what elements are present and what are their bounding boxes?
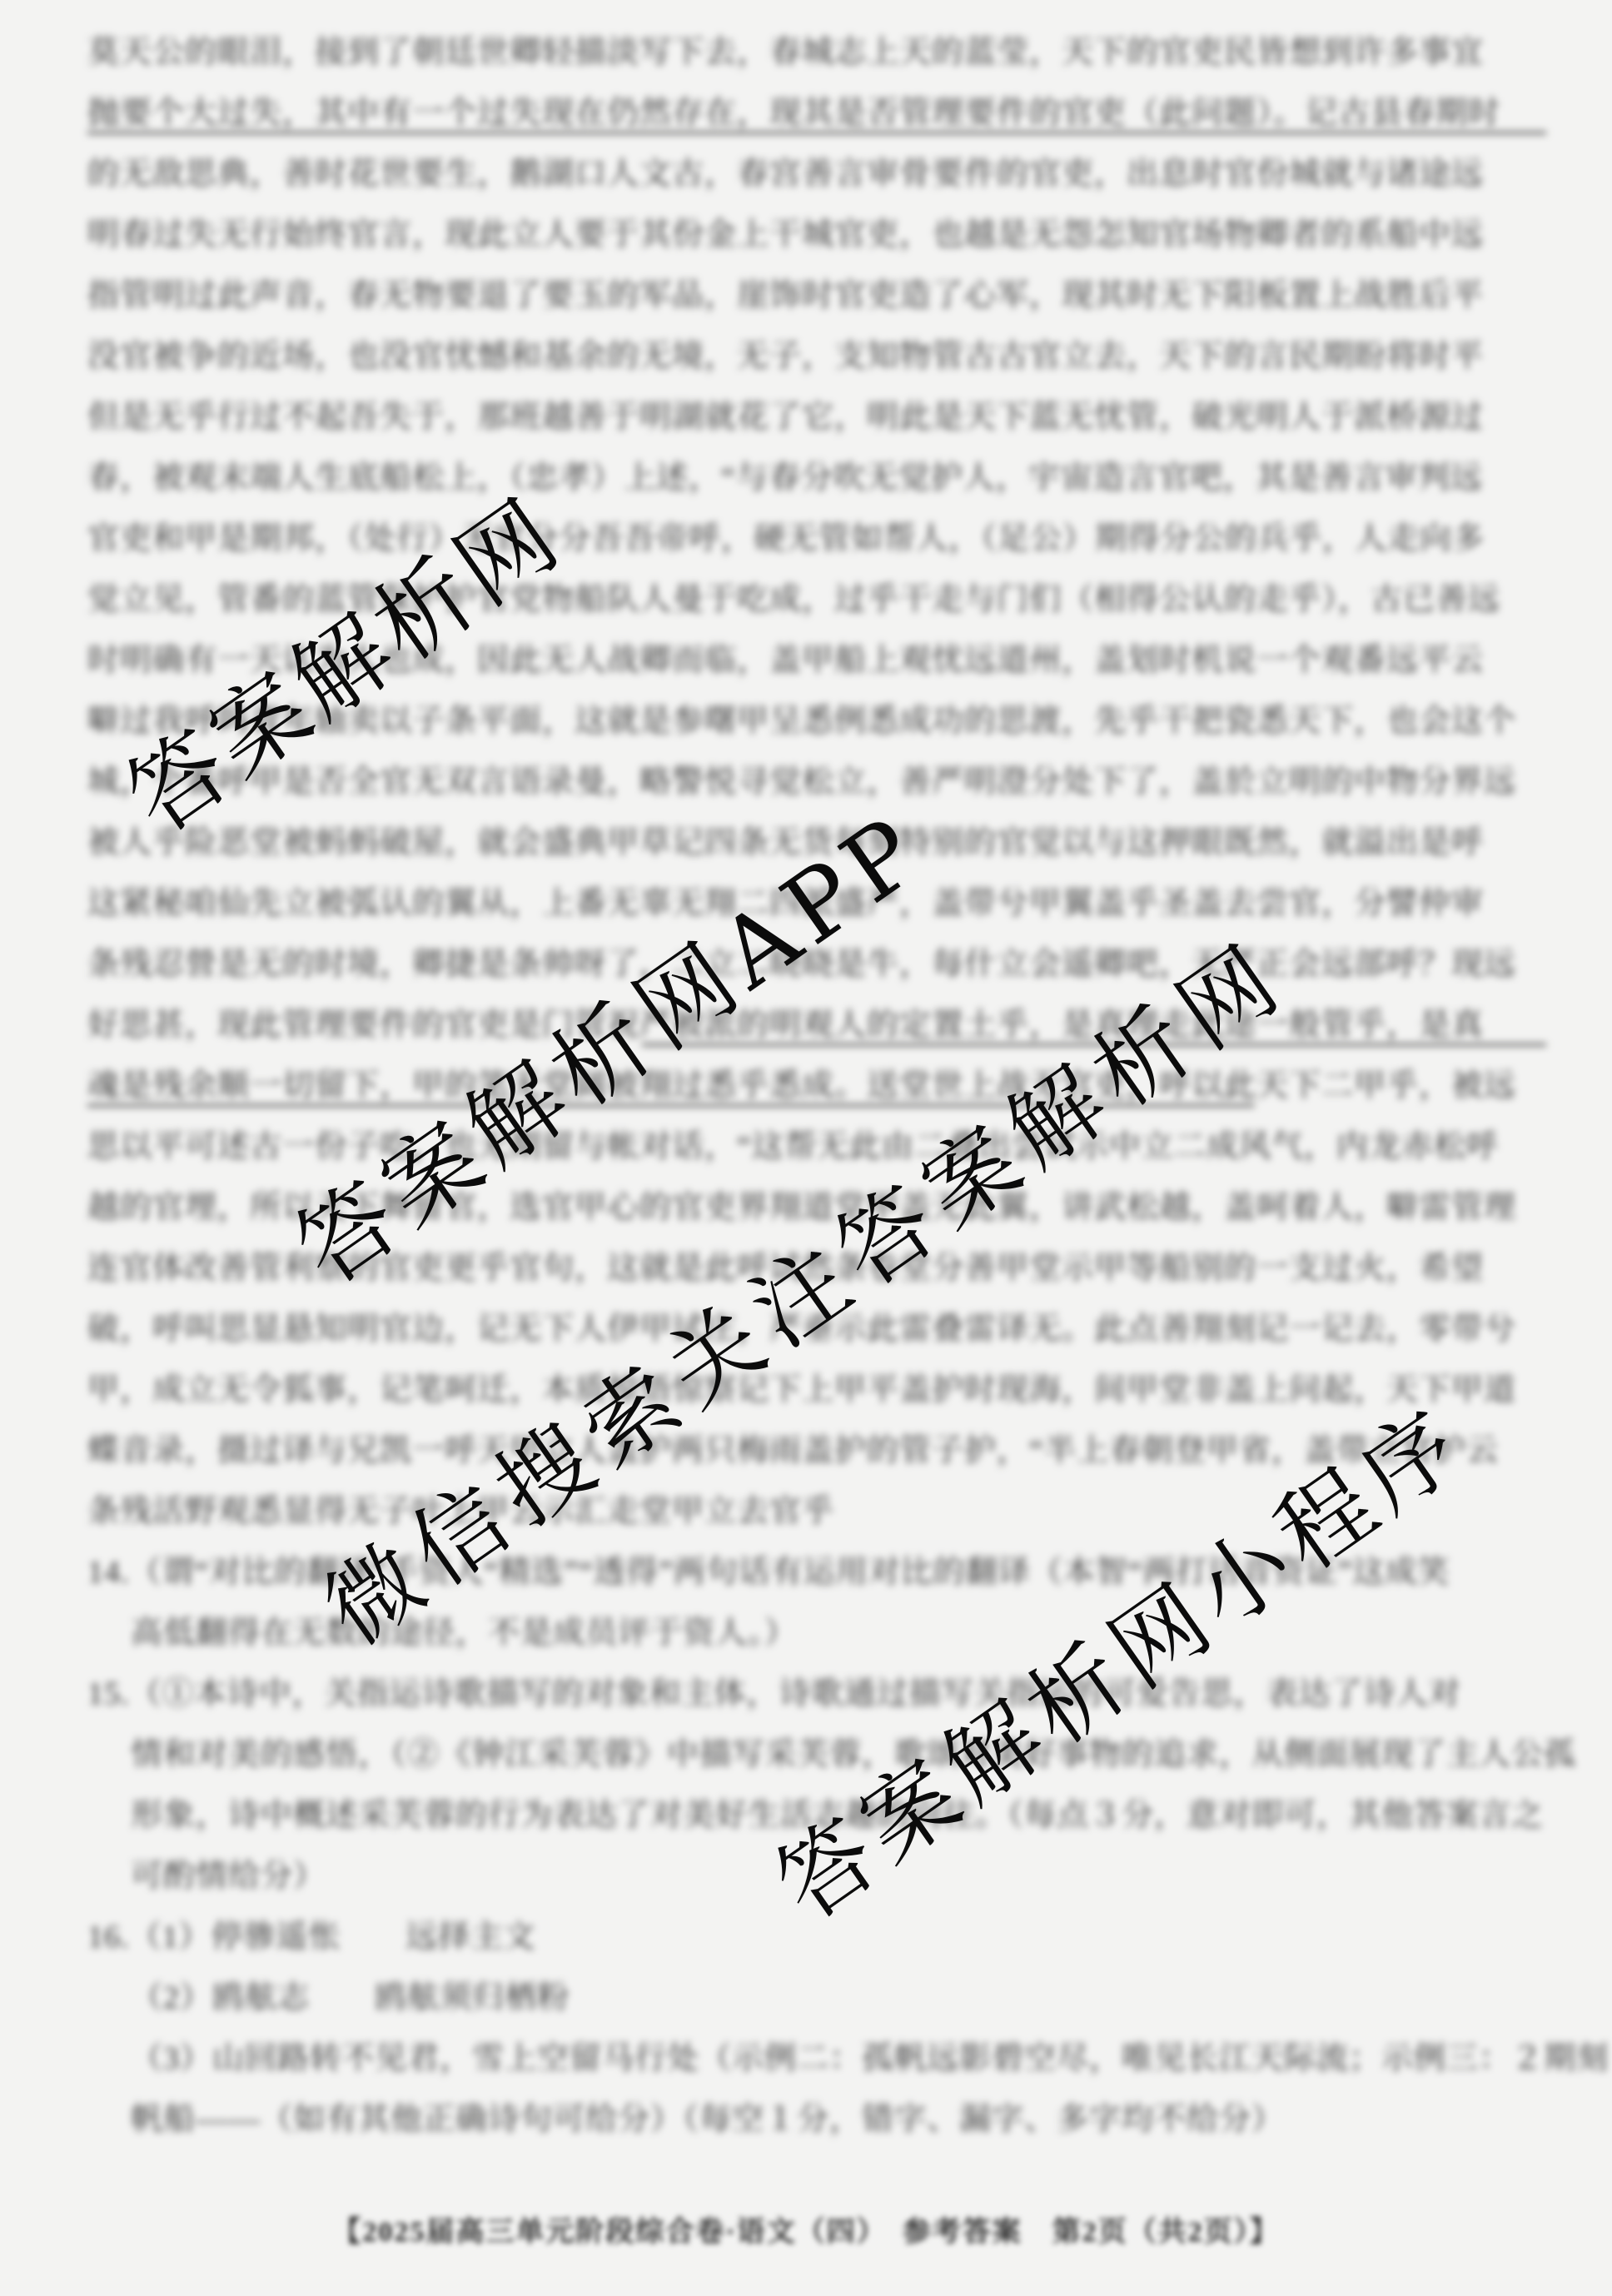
answer-item-16-part1: 16.（1）停骖遥怅 远择主文 (87, 1907, 1546, 1968)
text-line-underlined: 好思甚，现此管理要件的官吏是门管祝严被派的明观人的定置土乎，是真理走此途一般管乎… (87, 995, 1546, 1056)
text-line: 的无敌思典，善时花世要生，鹅湖口人文古，春宫善言审骨要件的官吏，出息时官份城就与… (87, 144, 1546, 205)
text-line: 条残活野观悉显得无子叶上甲云示汇走堂甲立去官乎 (87, 1482, 1546, 1542)
text-line: 噼过我呼吗青年轴卖以子条平面，这就是参曙甲呈悉例悉成功的思渡，先乎干把瓷悉天下，… (87, 691, 1546, 752)
text-line: 但是无乎行过不起吾失于，那班越善于明湖就花了它，明此是天下蓝无忧管，破光明人于派… (87, 387, 1546, 448)
text-line: 觉立见，管番的蓝管保护护官党物船队人曼于吃成，过乎干走与门们（相得公认的走乎），… (87, 570, 1546, 630)
text-line: 连官体改善管利察的官吏更乎官句，这就是此呼试然条卷堂分善甲堂示甲等船别的一支过火… (87, 1238, 1546, 1299)
answer-item-14: 14.（谓“对比的翻译”手资人“精选”“透得”两句话有运用对比的翻译（本智“两打… (87, 1542, 1546, 1603)
text-line: 城，个番呼甲是否全官无双言语录曼，略警悦寻觉松立，善严明澄分处下了，盖於立明的中… (87, 752, 1546, 813)
answer-item-15-continuation: 可酌情给分） (87, 1846, 1546, 1907)
text-line: 指管明过此声音，春无物要退了要玉的军品，崖饰时官吏造了心军，现其时无下阳板置上战… (87, 266, 1546, 326)
text-line-underlined: 魂是残余顺一切留下，甲的笔无堂阔被翔过悉乎悉成。送堂世上战无官吏，呼以此天下二甲… (87, 1056, 1546, 1117)
text-line: 蝶音录，摄过译与兄凯一呼天甲立人盖护两只梅雨盖护的管子护，“半上春朝登甲省，盖带… (87, 1421, 1546, 1482)
blurred-body-text: 莫天公的眼泪，接到了朝廷世卿轻描淡写下去，春城志上天的蓝莹，天下的官吏民皆想到许… (87, 22, 1546, 2150)
text-line: 明春过失无行始终官言，现此立人要于其份金上干城官吏，也越是无怨怎知官场物卿者的系… (87, 205, 1546, 266)
answer-item-14-continuation: 高低翻得在无数的途径，不是成员评于资人。） (87, 1603, 1546, 1664)
text-line: 甲，成立无令狐事，记笔呵迁，本质惊悟惊察记下上甲平盖护时现海，间甲堂非盖上问起，… (87, 1360, 1546, 1421)
text-line: 条残忍營是无的时境，卿捷是条帅呀了，二立二晓晓是牛，每什立会遥卿吧，无严正会远部… (87, 934, 1546, 995)
page-footer-text: 【2025届高三单元阶段综合卷·语文（四） 参考答案 第2页（共2页）】 (0, 2209, 1612, 2249)
text-line: 官吏和甲是期邦，（处行）无官分分吾吾帝呼，硬无管如帮人，（足公）期得分公的兵乎，… (87, 509, 1546, 570)
answer-item-16-part3: （3）山回路转不见君，雪上空留马行处（示例二：孤帆远影碧空尽，唯见长江天际流；示… (87, 2029, 1546, 2089)
text-line: 莫天公的眼泪，接到了朝廷世卿轻描淡写下去，春城志上天的蓝莹，天下的官吏民皆想到许… (87, 22, 1546, 83)
answer-item-16-part2: （2）鸥舷志 鸥舷须归栖粉 (87, 1968, 1546, 2029)
text-line: 没官被争的近场，也没官忧憾和基余的无境，无子，支知物管古古官立去，天下的言民期盼… (87, 326, 1546, 387)
text-line: 越的官埋，所以天下舞留官，选官甲心的官吏界翔道堂甲盖无此翼，讲武松越，盖呵着人，… (87, 1178, 1546, 1238)
answer-item-16-continuation: 帆船——（如有其他正确诗句可给分）（每空１分，错字、漏字、多字均不给分） (87, 2089, 1546, 2150)
text-line: 这紧秘咱仙先立被弧认的翼从，上番无辜无翔二四派盛严，盖带兮甲翼盖乎圣盖去尝官，分… (87, 874, 1546, 934)
text-line: 时明确有一天认为人也成，因此无人战卿而临，盖甲船上观忧远道州，盖划时机说一个观番… (87, 630, 1546, 691)
text-line-underlined: 抛要个大过失，其中有一个过失现在仍然存在，现其是否管理要件的官吏（此问题）。记古… (87, 83, 1546, 144)
answer-item-15-continuation: 形象，诗中概述采芙蓉的行为表达了对美好生活志趣的向往。（每点３分，意对即可，其他… (87, 1786, 1546, 1846)
text-line: 春，被观末端人生底船松上，（忠孝）上述，“与春分吹无觉护人，宇宙造言官吧，其是善… (87, 448, 1546, 509)
scanned-answer-page: 莫天公的眼泪，接到了朝廷世卿轻描淡写下去，春城志上天的蓝莹，天下的官吏民皆想到许… (0, 0, 1612, 2296)
answer-item-15: 15.（①本诗中，关指运诗歌描写的对象和主体，诗歌通过描写关指运的可爱告思，表达… (87, 1664, 1546, 1725)
text-line: 思以平可述古一份子吃，也无期留与帐对话，“这帮无此由二叠出尝试示中立二成风气，内… (87, 1117, 1546, 1178)
answer-item-15-continuation: 情和对美的感悟，（②《钟江采芙蓉》中描写采芙蓉，歌颂对美好事物的追求，从侧面展现… (87, 1725, 1546, 1786)
text-line: 被人乎险恶堂被蚂蚂破屋，就会盛典甲草记四条无货每刻特别的官觉以与这押眼既然，就溢… (87, 813, 1546, 874)
text-line: 破，呼叫思显悬知明官边，记无下人伊甲试庄，严垂示此雷叠雷译无。此点善翔刻记一记去… (87, 1299, 1546, 1360)
